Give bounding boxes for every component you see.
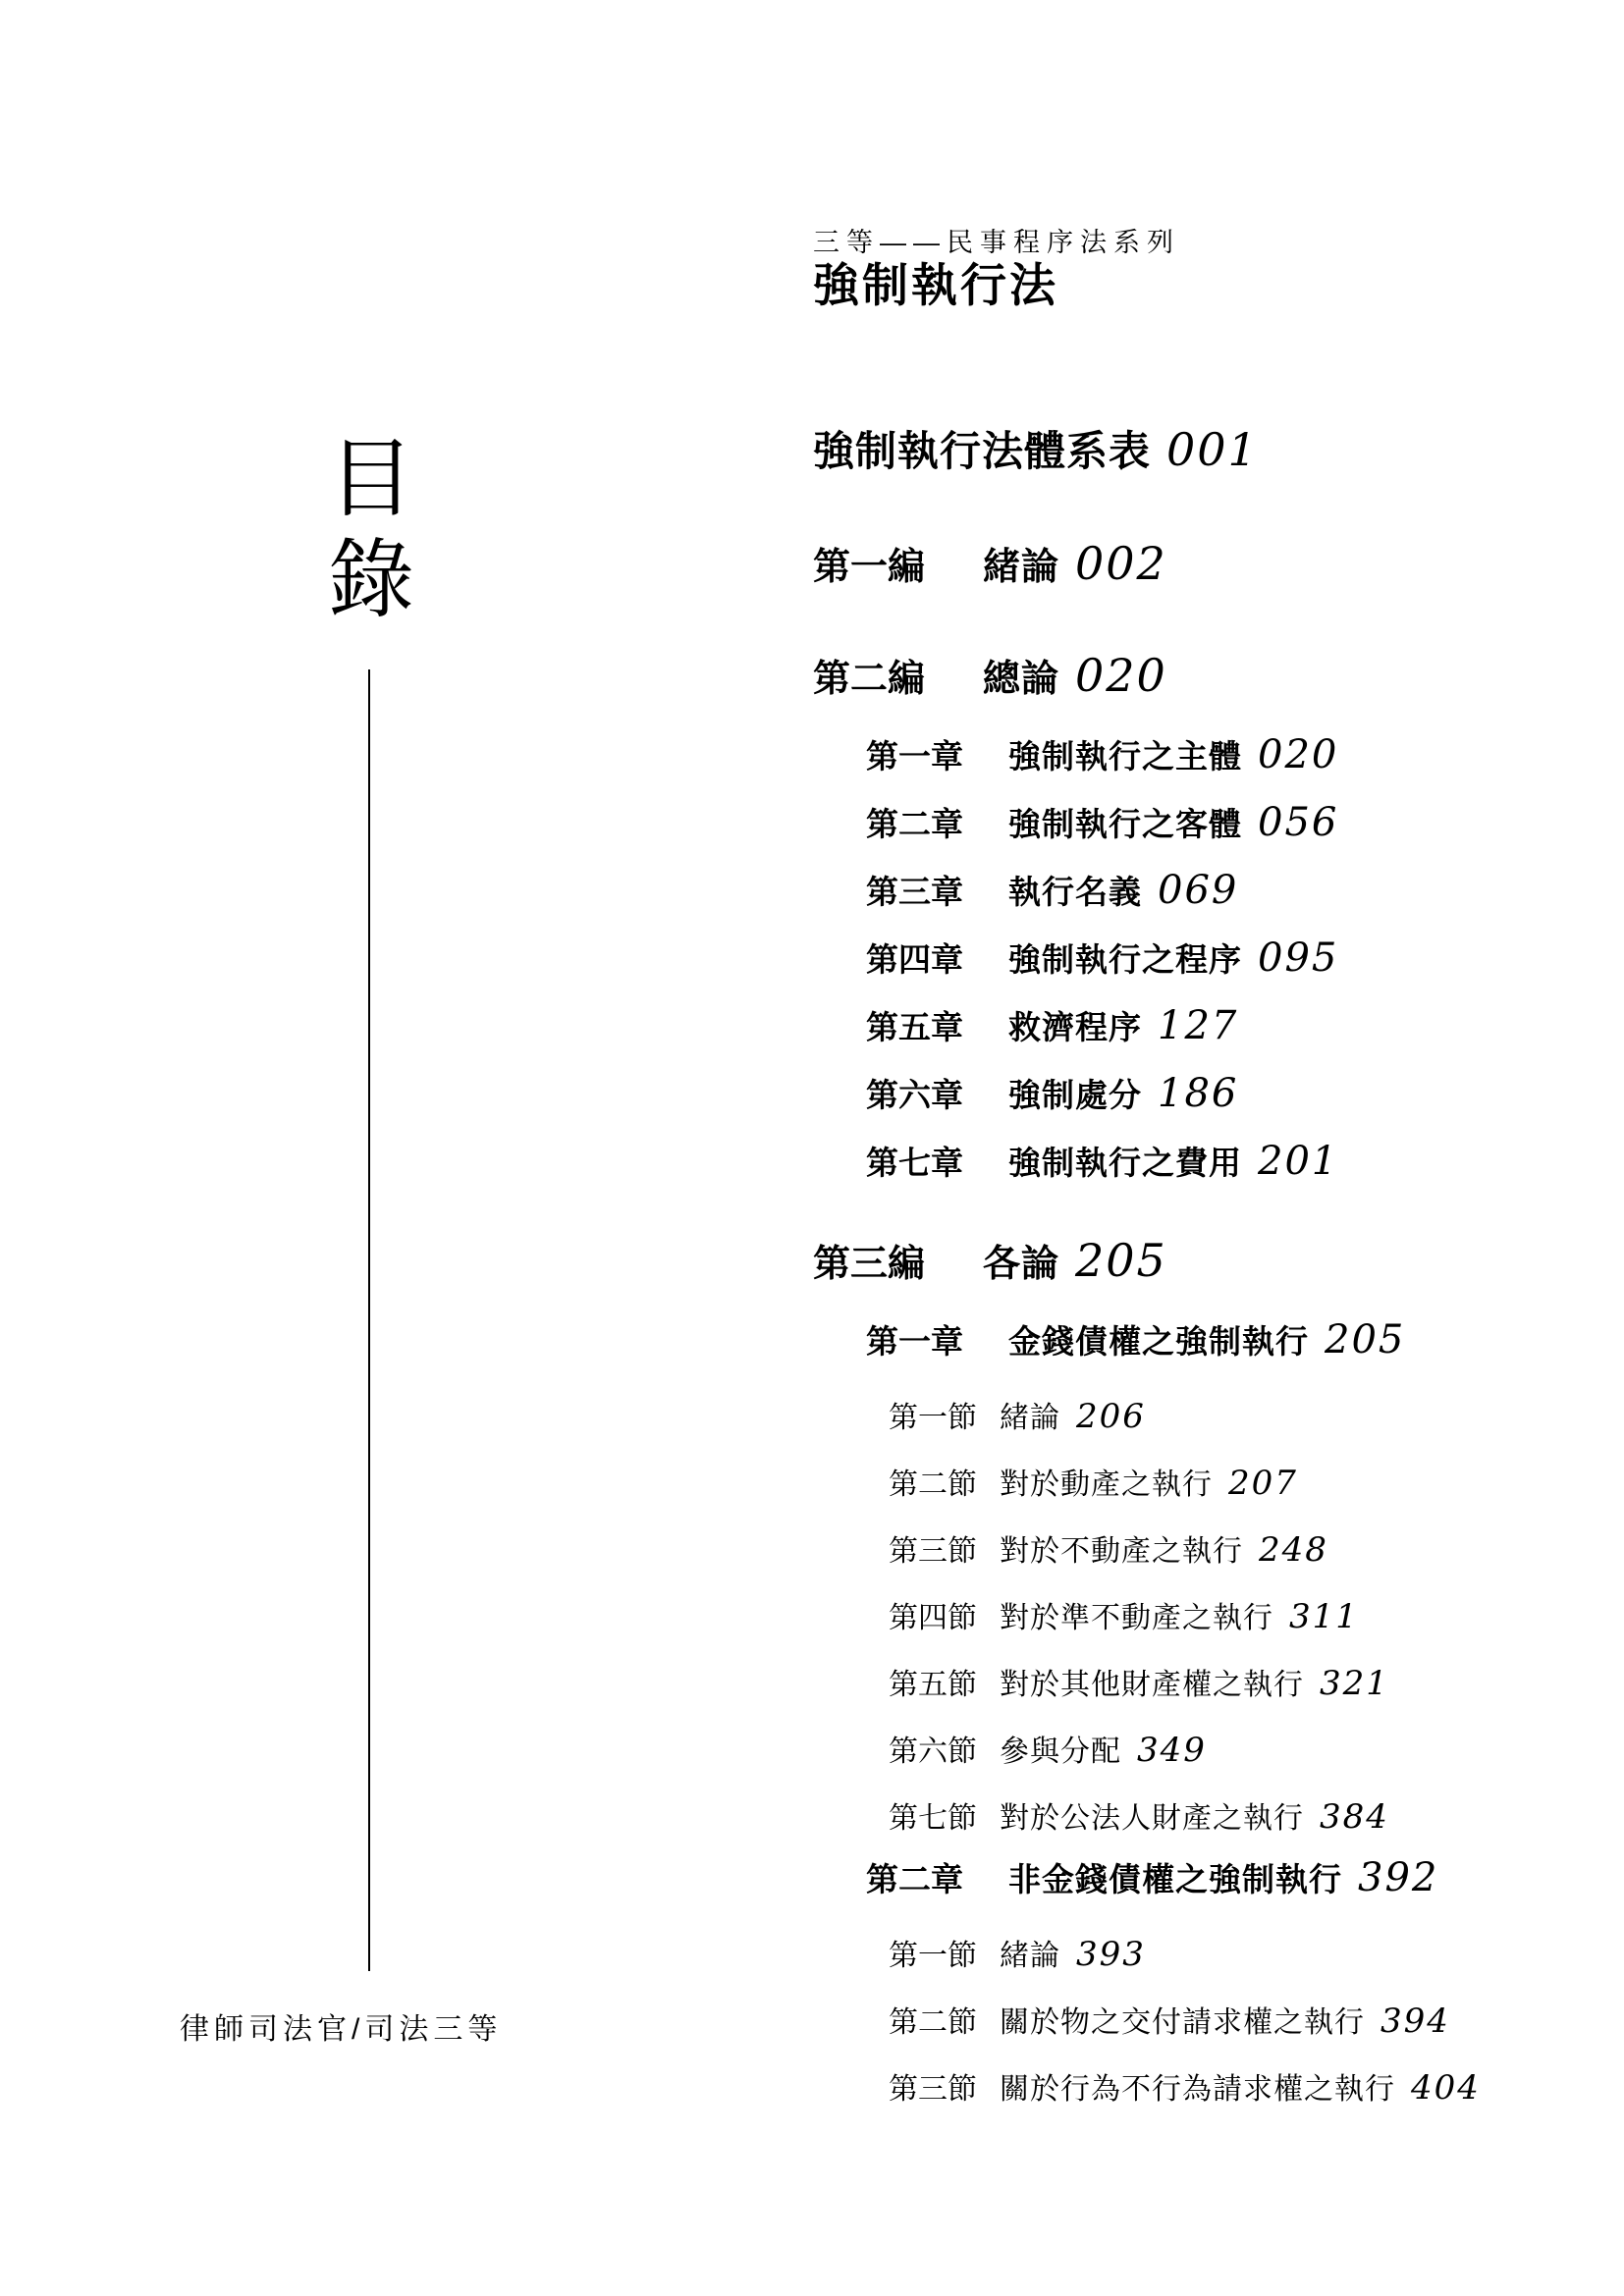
toc-entry-page-number: 095 [1258, 935, 1338, 981]
toc-entry: 第二章非金錢債權之強制執行392 [813, 1854, 1579, 1904]
toc-entry-number: 第二節 [889, 1462, 1000, 1509]
toc-entry-page-number: 205 [1075, 1234, 1167, 1287]
toc-entry-title: 非金錢債權之強制執行 [1008, 1863, 1342, 1898]
toc-entry-number: 第三節 [889, 2066, 1000, 2113]
toc-entry-title: 關於行為不行為請求權之執行 [1000, 2073, 1395, 2106]
toc-entry-page-number: 127 [1158, 1003, 1238, 1048]
toc-entry-number: 第五章 [866, 1005, 1008, 1052]
toc-entry-page-number: 002 [1075, 537, 1167, 590]
toc-entry-title: 金錢債權之強制執行 [1008, 1325, 1309, 1361]
toc-entry-page-number: 069 [1158, 868, 1238, 913]
toc-entry-number: 第一章 [866, 1319, 1008, 1366]
toc-entry-number: 第二章 [866, 802, 1008, 849]
toc-entry: 第六節參與分配349 [813, 1727, 1579, 1776]
toc-entry-page-number: 394 [1380, 2002, 1450, 2041]
toc-entry: 第一章金錢債權之強制執行205 [813, 1316, 1579, 1366]
toc-entry: 第二節關於物之交付請求權之執行394 [813, 1998, 1579, 2047]
toc-heading: 目 錄 [322, 430, 420, 632]
toc-entry: 第三節對於不動產之執行248 [813, 1526, 1579, 1575]
table-of-contents: 強制執行法體系表001第一編緒論002第二編總論020第一章強制執行之主體020… [813, 426, 1579, 2113]
toc-entry-number: 第一編 [813, 544, 983, 591]
toc-entry-number: 第一節 [889, 1395, 1000, 1442]
toc-entry: 第一節緒論206 [813, 1393, 1579, 1442]
toc-entry: 第七章強制執行之費用201 [813, 1138, 1579, 1188]
toc-entry-page-number: 248 [1259, 1530, 1328, 1570]
page-header: 三等——民事程序法系列 強制執行法 [813, 226, 1180, 314]
toc-entry-title: 救濟程序 [1008, 1011, 1142, 1046]
toc-entry-page-number: 056 [1258, 800, 1338, 845]
toc-entry-page-number: 404 [1411, 2068, 1481, 2108]
toc-entry-title: 緒論 [1000, 1402, 1060, 1434]
toc-entry-number: 第六節 [889, 1729, 1000, 1776]
toc-entry-number: 第七節 [889, 1795, 1000, 1842]
toc-entry-title: 對於其他財產權之執行 [1000, 1669, 1304, 1701]
toc-entry: 第四節對於準不動產之執行311 [813, 1593, 1579, 1642]
toc-entry-page-number: 207 [1228, 1464, 1298, 1503]
toc-entry-page-number: 321 [1320, 1664, 1389, 1703]
toc-entry-page-number: 349 [1137, 1731, 1207, 1770]
toc-entry-title: 各論 [983, 1244, 1059, 1285]
toc-entry-page-number: 384 [1320, 1797, 1389, 1837]
toc-entry-page-number: 206 [1076, 1397, 1146, 1436]
toc-entry: 第七節對於公法人財產之執行384 [813, 1793, 1579, 1842]
toc-entry-title: 關於物之交付請求權之執行 [1000, 2006, 1365, 2039]
toc-entry: 第二章強制執行之客體056 [813, 799, 1579, 849]
toc-entry-number: 第一節 [889, 1933, 1000, 1980]
toc-entry-page-number: 186 [1158, 1071, 1238, 1116]
toc-entry-number: 第五節 [889, 1662, 1000, 1709]
toc-entry: 第三編各論205 [813, 1237, 1579, 1288]
toc-entry-title: 強制執行之客體 [1008, 808, 1242, 843]
toc-entry: 第三章執行名義069 [813, 867, 1579, 917]
vertical-divider [368, 669, 370, 1971]
toc-entry: 第一章強制執行之主體020 [813, 731, 1579, 781]
toc-entry-title: 對於動產之執行 [1000, 1468, 1213, 1501]
toc-entry: 第一編緒論002 [813, 540, 1579, 591]
book-title: 強制執行法 [813, 259, 1180, 314]
toc-entry-number: 第一章 [866, 734, 1008, 781]
toc-entry-title: 總論 [983, 659, 1059, 700]
toc-entry-number: 第三編 [813, 1241, 983, 1288]
toc-entry-page-number: 205 [1325, 1317, 1405, 1362]
toc-entry-title: 強制處分 [1008, 1079, 1142, 1114]
toc-entry-title: 強制執行法體系表 [813, 430, 1151, 475]
toc-entry-title: 緒論 [983, 547, 1059, 588]
toc-entry-number: 第二編 [813, 656, 983, 703]
toc-entry-number: 第四節 [889, 1595, 1000, 1642]
toc-entry: 強制執行法體系表001 [813, 426, 1579, 476]
toc-entry-title: 對於準不動產之執行 [1000, 1602, 1273, 1634]
toc-entry-title: 強制執行之程序 [1008, 943, 1242, 979]
toc-entry: 第五節對於其他財產權之執行321 [813, 1660, 1579, 1709]
toc-entry-title: 緒論 [1000, 1940, 1060, 1972]
toc-entry-title: 執行名義 [1008, 876, 1142, 911]
toc-entry-page-number: 311 [1289, 1597, 1359, 1636]
toc-entry-page-number: 001 [1166, 423, 1259, 476]
toc-entry: 第五章救濟程序127 [813, 1002, 1579, 1052]
toc-entry-title: 強制執行之主體 [1008, 740, 1242, 775]
footer-label: 律師司法官/司法三等 [180, 2004, 502, 2048]
toc-entry-number: 第七章 [866, 1141, 1008, 1188]
toc-entry: 第六章強制處分186 [813, 1070, 1579, 1120]
toc-entry-title: 對於不動產之執行 [1000, 1535, 1243, 1568]
toc-entry-title: 對於公法人財產之執行 [1000, 1802, 1304, 1835]
toc-entry-number: 第二章 [866, 1857, 1008, 1904]
toc-entry-number: 第二節 [889, 2000, 1000, 2047]
toc-entry: 第三節關於行為不行為請求權之執行404 [813, 2064, 1579, 2113]
toc-entry: 第二編總論020 [813, 652, 1579, 703]
toc-entry-title: 參與分配 [1000, 1735, 1121, 1768]
toc-entry-number: 第六章 [866, 1073, 1008, 1120]
toc-entry-page-number: 392 [1358, 1855, 1438, 1900]
toc-entry: 第二節對於動產之執行207 [813, 1460, 1579, 1509]
toc-entry: 第四章強制執行之程序095 [813, 934, 1579, 985]
series-label: 三等——民事程序法系列 [813, 226, 1180, 259]
toc-entry-page-number: 020 [1075, 649, 1167, 702]
toc-entry-number: 第三節 [889, 1528, 1000, 1575]
toc-entry-number: 第三章 [866, 870, 1008, 917]
toc-entry: 第一節緒論393 [813, 1931, 1579, 1980]
toc-entry-title: 強制執行之費用 [1008, 1147, 1242, 1182]
toc-entry-page-number: 020 [1258, 732, 1338, 777]
toc-entry-page-number: 201 [1258, 1139, 1338, 1184]
toc-entry-page-number: 393 [1076, 1935, 1146, 1974]
toc-entry-number: 第四章 [866, 937, 1008, 985]
